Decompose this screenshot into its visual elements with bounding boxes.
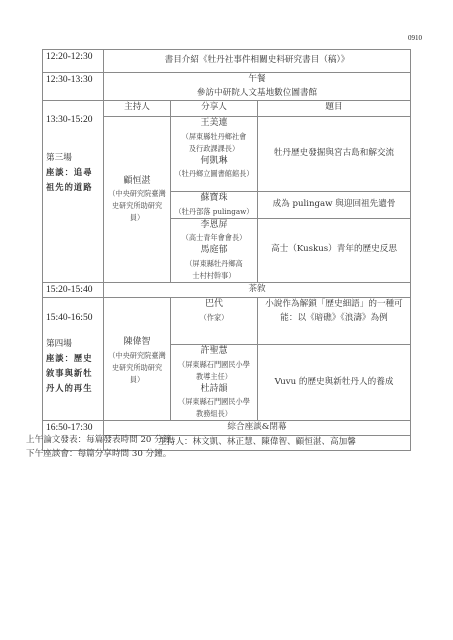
- session3-time: 13:30-15:20: [46, 114, 103, 128]
- table-row: 15:20-15:40 茶敘: [43, 282, 411, 298]
- speaker-affiliation: （牡丹部落 pulingaw）: [171, 206, 257, 218]
- session4-name: 第四場: [46, 338, 103, 352]
- speaker-name: 杜詩韻: [171, 383, 257, 397]
- speaker-cell: 巴代 （作家）: [171, 298, 258, 345]
- speaker-affiliation: （牡丹鄉立圖書館館長）: [171, 168, 257, 180]
- speaker-name: 巴代: [171, 298, 257, 312]
- table-row: 12:20-12:30 書目介紹《牡丹社事件相關史料研究書目（稿）》: [43, 50, 411, 73]
- header-topic: 題目: [258, 101, 411, 117]
- speaker-cell: 許聖慧 （屏東縣石門國民小學教導主任） 杜詩韻 （屏東縣石門國民小學教務組長）: [171, 345, 258, 421]
- time-cell: 12:30-13:30: [43, 73, 104, 101]
- lunch-label: 午餐: [104, 73, 410, 87]
- speaker-affiliation: （屏東縣牡丹鄉社會及行政課課長）: [171, 131, 257, 155]
- table-row: 13:30-15:20 第三場 座談：追尋祖先的道路 主持人 分享人 題目: [43, 101, 411, 117]
- topic-cell: 高士（Kuskus）青年的歷史反思: [258, 218, 411, 282]
- schedule-table: 12:20-12:30 書目介紹《牡丹社事件相關史料研究書目（稿）》 12:30…: [42, 49, 411, 451]
- speaker-name: 王美連: [171, 117, 257, 131]
- session4-time-cell: 15:40-16:50 第四場 座談：歷史敘事與新牡丹人的再生: [43, 298, 104, 421]
- session3-host-affiliation: （中央研究院臺灣史研究所助研究員）: [104, 188, 170, 224]
- speaker-cell: 蘇寶珠 （牡丹部落 pulingaw）: [171, 192, 258, 219]
- session3-subtitle: 座談：追尋祖先的道路: [46, 165, 98, 195]
- speaker-affiliation: （作家）: [171, 312, 257, 324]
- session4-host-name: 陳偉智: [104, 336, 170, 350]
- note-morning: 上午論文發表：每篇發表時間 20 分鐘。: [26, 433, 180, 445]
- library-visit-label: 參訪中研院人文基地數位圖書館: [104, 87, 410, 101]
- speaker-cell: 李恩屏 （高士青年會會長） 馬庭郁 （屏東縣牡丹鄉高士村村幹事）: [171, 218, 258, 282]
- speaker-affiliation: （高士青年會會長）: [171, 232, 257, 244]
- speaker-name: 何凱琳: [171, 155, 257, 169]
- session4-host-affiliation: （中央研究院臺灣史研究所助研究員）: [104, 350, 170, 386]
- table-row: 12:30-13:30 午餐 參訪中研院人文基地數位圖書館: [43, 73, 411, 101]
- session3-host-name: 顧恒湛: [104, 175, 170, 189]
- speaker-affiliation: （屏東縣牡丹鄉高士村村幹事）: [171, 258, 257, 282]
- session3-host-cell: 顧恒湛 （中央研究院臺灣史研究所助研究員）: [104, 117, 171, 283]
- topic-cell: 小說作為解鎖「歷史細語」的一種可能：以《暗礁》《浪濤》為例: [258, 298, 411, 345]
- header-speaker: 分享人: [171, 101, 258, 117]
- speaker-name: 李恩屏: [171, 219, 257, 233]
- topic-cell: Vuvu 的歷史與新牡丹人的養成: [258, 345, 411, 421]
- speaker-name: 許聖慧: [171, 345, 257, 359]
- tea-break: 茶敘: [104, 282, 411, 298]
- topic-cell: 牡丹歷史發掘與宮古島和解交流: [258, 117, 411, 192]
- note-afternoon: 下午座談會：每篇分享時間 30 分鐘。: [26, 447, 171, 459]
- lunch-cell: 午餐 參訪中研院人文基地數位圖書館: [104, 73, 411, 101]
- speaker-name: 馬庭郁: [171, 244, 257, 258]
- session4-subtitle: 座談：歷史敘事與新牡丹人的再生: [46, 351, 98, 396]
- speaker-name: 蘇寶珠: [171, 192, 257, 206]
- table-row: 15:40-16:50 第四場 座談：歷史敘事與新牡丹人的再生 陳偉智 （中央研…: [43, 298, 411, 345]
- session4-host-cell: 陳偉智 （中央研究院臺灣史研究所助研究員）: [104, 298, 171, 421]
- session3-name: 第三場: [46, 152, 103, 166]
- speaker-cell: 王美連 （屏東縣牡丹鄉社會及行政課課長） 何凱琳 （牡丹鄉立圖書館館長）: [171, 117, 258, 192]
- topic-cell: 成為 pulingaw 與迎回祖先遺骨: [258, 192, 411, 219]
- time-cell: 15:20-15:40: [43, 282, 104, 298]
- header-host: 主持人: [104, 101, 171, 117]
- bibliography-intro: 書目介紹《牡丹社事件相關史料研究書目（稿）》: [104, 50, 411, 73]
- session3-time-cell: 13:30-15:20 第三場 座談：追尋祖先的道路: [43, 101, 104, 283]
- time-cell: 12:20-12:30: [43, 50, 104, 73]
- document-code: 0910: [408, 34, 422, 42]
- session4-time: 15:40-16:50: [46, 312, 103, 326]
- speaker-affiliation: （屏東縣石門國民小學教務組長）: [171, 396, 257, 420]
- speaker-affiliation: （屏東縣石門國民小學教導主任）: [171, 359, 257, 383]
